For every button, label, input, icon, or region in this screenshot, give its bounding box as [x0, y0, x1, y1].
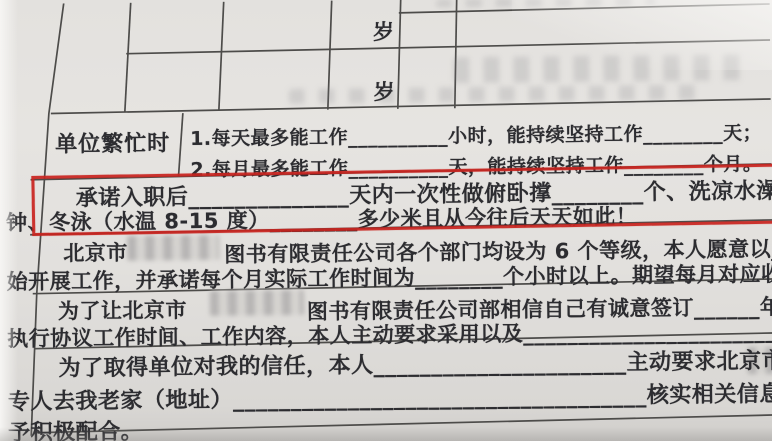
age-unit-cell-1: 岁: [373, 16, 395, 46]
form-photo: 岁 岁 单位繁忙时 1.每天最多能工作__________小时，能持续坚持工作_…: [0, 0, 772, 441]
photo-edge-shadow-bottom: [0, 427, 772, 441]
busy-row-label: 单位繁忙时: [55, 126, 170, 158]
censored-company-name: [210, 290, 304, 316]
paragraph1-line1-city: 北京市: [63, 237, 128, 268]
age-unit-cell-2: 岁: [373, 76, 395, 106]
photo-edge-highlight-left: [0, 0, 18, 441]
photo-edge-highlight-topright: [512, 0, 772, 70]
censored-company-name: [127, 235, 219, 261]
